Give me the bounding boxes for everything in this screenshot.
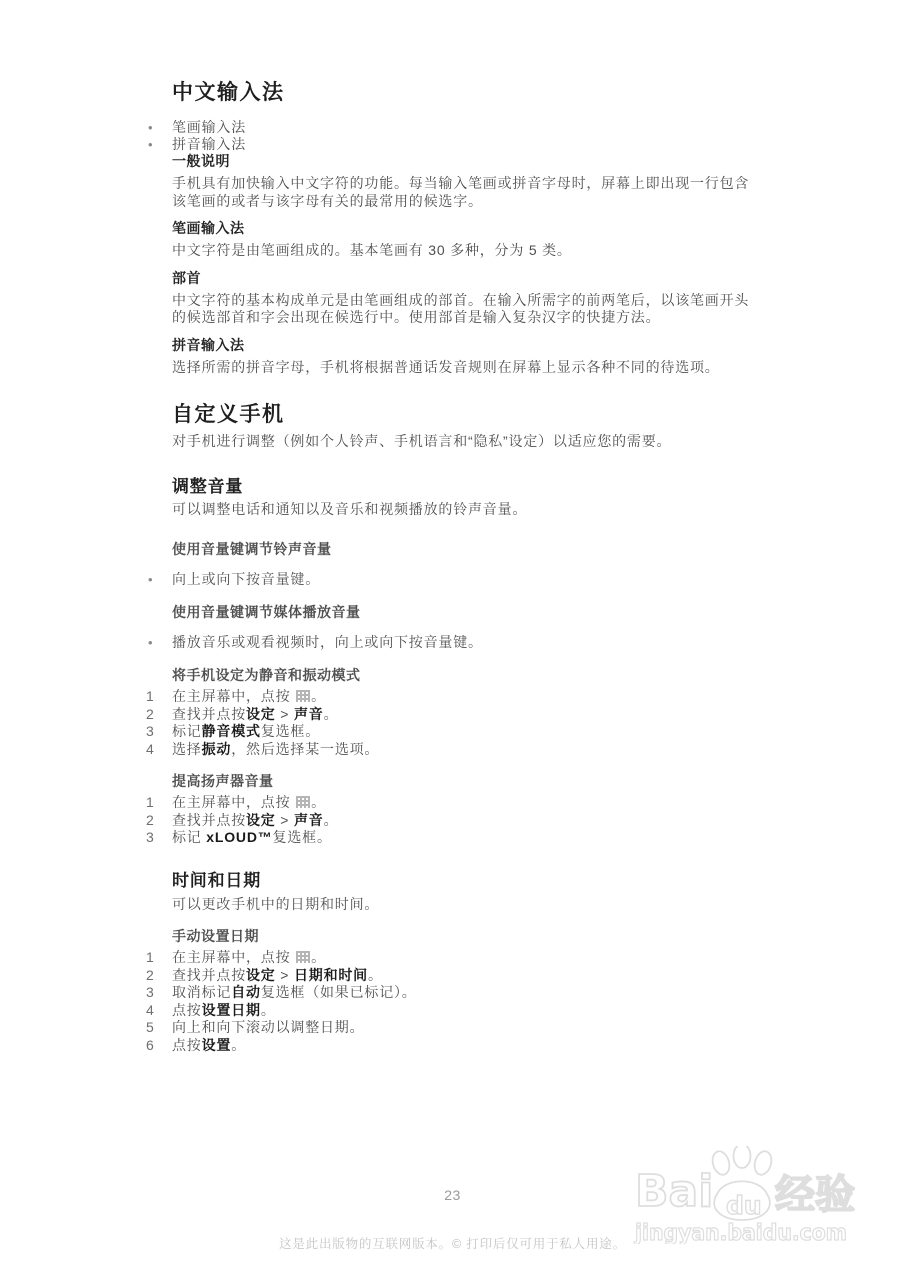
step-text: 在主屏幕中，点按 。 xyxy=(172,949,326,965)
step-item: 3取消标记自动复选框（如果已标记）。 xyxy=(172,984,752,1002)
bullet-text: 向上或向下按音量键。 xyxy=(172,571,320,587)
procedure-heading-speaker-volume: 提高扬声器音量 xyxy=(172,773,752,790)
list-item: • 向上或向下按音量键。 xyxy=(172,571,752,588)
step-text: 查找并点按设定 > 声音。 xyxy=(172,812,338,828)
section-title-customize: 自定义手机 xyxy=(172,402,752,428)
subsection-heading-general: 一般说明 xyxy=(172,153,752,170)
step-item: 4选择振动，然后选择某一选项。 xyxy=(172,741,752,759)
step-text: 标记 xLOUD™复选框。 xyxy=(172,829,332,845)
bullet-list: • 播放音乐或观看视频时，向上或向下按音量键。 xyxy=(172,634,752,651)
step-number: 3 xyxy=(146,984,154,1002)
list-item: • 笔画输入法 xyxy=(172,119,752,136)
step-text: 选择振动，然后选择某一选项。 xyxy=(172,741,379,757)
step-number: 2 xyxy=(146,706,154,724)
baidu-jingyan-logo: Bai du 经验 jingyan.baidu.com xyxy=(633,1146,859,1244)
step-item: 4点按设置日期。 xyxy=(172,1002,752,1020)
manual-page: 中文输入法 • 笔画输入法 • 拼音输入法 一般说明 手机具有加快输入中文字符的… xyxy=(0,0,905,1280)
step-item: 2查找并点按设定 > 声音。 xyxy=(172,812,752,830)
step-number: 1 xyxy=(146,794,154,812)
page-content: 中文输入法 • 笔画输入法 • 拼音输入法 一般说明 手机具有加快输入中文字符的… xyxy=(172,0,752,1054)
step-number: 6 xyxy=(146,1037,154,1055)
bullet-text: 笔画输入法 xyxy=(172,119,246,135)
paragraph: 手机具有加快输入中文字符的功能。每当输入笔画或拼音字母时，屏幕上即出现一行包含该… xyxy=(172,175,752,210)
subsection-heading-radical: 部首 xyxy=(172,270,752,287)
numbered-steps-set-date: 1在主屏幕中，点按 。2查找并点按设定 > 日期和时间。3取消标记自动复选框（如… xyxy=(172,949,752,1054)
step-item: 3标记 xLOUD™复选框。 xyxy=(172,829,752,847)
step-number: 3 xyxy=(146,723,154,741)
list-item: • 播放音乐或观看视频时，向上或向下按音量键。 xyxy=(172,634,752,651)
step-text: 向上和向下滚动以调整日期。 xyxy=(172,1019,364,1035)
procedure-heading-media-volume: 使用音量键调节媒体播放音量 xyxy=(172,604,752,621)
step-item: 3标记静音模式复选框。 xyxy=(172,723,752,741)
bullet-list: • 笔画输入法 • 拼音输入法 xyxy=(172,119,752,153)
step-item: 1在主屏幕中，点按 。 xyxy=(172,794,752,812)
step-number: 4 xyxy=(146,741,154,759)
paragraph: 可以调整电话和通知以及音乐和视频播放的铃声音量。 xyxy=(172,501,752,519)
numbered-steps-silent-mode: 1在主屏幕中，点按 。2查找并点按设定 > 声音。3标记静音模式复选框。4选择振… xyxy=(172,688,752,758)
subsection-heading-stroke: 笔画输入法 xyxy=(172,220,752,237)
step-item: 1在主屏幕中，点按 。 xyxy=(172,949,752,967)
step-number: 4 xyxy=(146,1002,154,1020)
step-item: 2查找并点按设定 > 日期和时间。 xyxy=(172,967,752,985)
step-text: 在主屏幕中，点按 。 xyxy=(172,688,326,704)
step-number: 2 xyxy=(146,967,154,985)
procedure-heading-silent-mode: 将手机设定为静音和振动模式 xyxy=(172,667,752,684)
paragraph: 对手机进行调整（例如个人铃声、手机语言和“隐私”设定）以适应您的需要。 xyxy=(172,433,752,451)
step-item: 5向上和向下滚动以调整日期。 xyxy=(172,1019,752,1037)
bullet-icon: • xyxy=(148,119,153,136)
step-text: 查找并点按设定 > 日期和时间。 xyxy=(172,967,383,983)
baidu-jingyan-watermark: Bai du 经验 jingyan.baidu.com xyxy=(633,1146,859,1244)
step-text: 在主屏幕中，点按 。 xyxy=(172,794,326,810)
paw-du-text: du xyxy=(726,1191,762,1220)
app-grid-icon xyxy=(296,690,310,702)
step-number: 1 xyxy=(146,949,154,967)
step-text: 点按设置日期。 xyxy=(172,1002,276,1018)
bullet-icon: • xyxy=(148,634,153,651)
procedure-heading-ring-volume: 使用音量键调节铃声音量 xyxy=(172,541,752,558)
step-number: 2 xyxy=(146,812,154,830)
bullet-icon: • xyxy=(148,571,153,588)
paragraph: 中文字符的基本构成单元是由笔画组成的部首。在输入所需字的前两笔后，以该笔画开头的… xyxy=(172,292,752,327)
step-item: 1在主屏幕中，点按 。 xyxy=(172,688,752,706)
step-text: 取消标记自动复选框（如果已标记）。 xyxy=(172,984,417,1000)
numbered-steps-speaker-volume: 1在主屏幕中，点按 。2查找并点按设定 > 声音。3标记 xLOUD™复选框。 xyxy=(172,794,752,847)
step-number: 3 xyxy=(146,829,154,847)
section-title-chinese-input: 中文输入法 xyxy=(172,80,752,106)
bullet-list: • 向上或向下按音量键。 xyxy=(172,571,752,588)
bullet-icon: • xyxy=(148,136,153,153)
section-heading-datetime: 时间和日期 xyxy=(172,871,752,891)
section-heading-volume: 调整音量 xyxy=(172,477,752,497)
paragraph: 中文字符是由笔画组成的。基本笔画有 30 多种，分为 5 类。 xyxy=(172,242,752,260)
list-item: • 拼音输入法 xyxy=(172,136,752,153)
paragraph: 可以更改手机中的日期和时间。 xyxy=(172,896,752,914)
step-item: 2查找并点按设定 > 声音。 xyxy=(172,706,752,724)
bullet-text: 播放音乐或观看视频时，向上或向下按音量键。 xyxy=(172,634,483,650)
step-text: 标记静音模式复选框。 xyxy=(172,723,320,739)
bullet-text: 拼音输入法 xyxy=(172,136,246,152)
app-grid-icon xyxy=(296,951,310,963)
step-number: 1 xyxy=(146,688,154,706)
baidu-brand-text: Bai xyxy=(635,1166,713,1217)
step-text: 点按设置。 xyxy=(172,1037,246,1053)
procedure-heading-set-date: 手动设置日期 xyxy=(172,928,752,945)
step-item: 6点按设置。 xyxy=(172,1037,752,1055)
step-text: 查找并点按设定 > 声音。 xyxy=(172,706,338,722)
jingyan-url-text: jingyan.baidu.com xyxy=(634,1221,847,1244)
jingyan-cn-text: 经验 xyxy=(775,1172,855,1218)
subsection-heading-pinyin: 拼音输入法 xyxy=(172,337,752,354)
step-number: 5 xyxy=(146,1019,154,1037)
app-grid-icon xyxy=(296,796,310,808)
paragraph: 选择所需的拼音字母，手机将根据普通话发音规则在屏幕上显示各种不同的待选项。 xyxy=(172,359,752,377)
